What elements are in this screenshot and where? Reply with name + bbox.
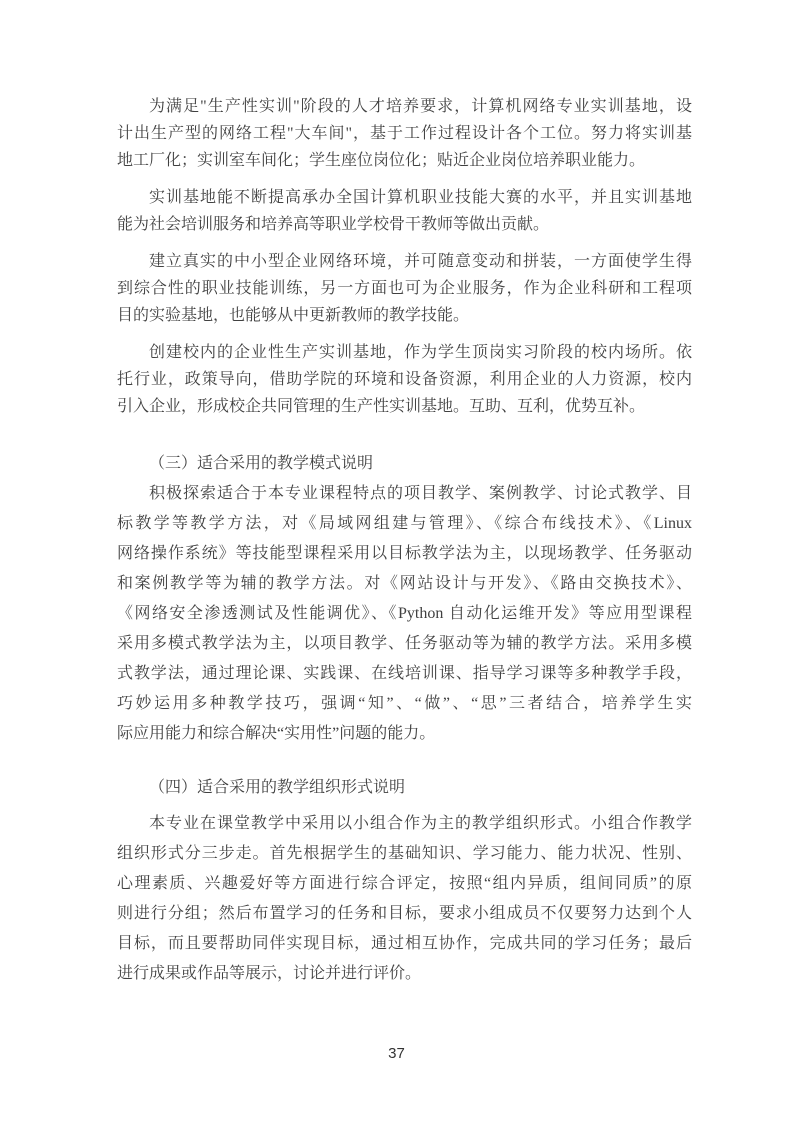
paragraph-competition-and-contribution: 实训基地能不断提高承办全国计算机职业技能大赛的水平，并且实训基地能为社会培训服务… xyxy=(117,184,692,238)
text-line: 引入企业，形成校企共同管理的生产性实训基地。互助、互利，优势互补。 xyxy=(117,393,692,420)
text-line: 积极探索适合于本专业课程特点的项目教学、案例教学、讨论式教学、目 xyxy=(117,479,692,509)
text-line: 到综合性的职业技能训练，另一方面也可为企业服务，作为企业科研和工程项 xyxy=(117,275,692,302)
text-line: 实训基地能不断提高承办全国计算机职业技能大赛的水平，并且实训基地 xyxy=(117,184,692,211)
text-line: 组织形式分三步走。首先根据学生的基础知识、学习能力、能力状况、性别、 xyxy=(117,839,692,869)
text-line: 建立真实的中小型企业网络环境，并可随意变动和拼装，一方面使学生得 xyxy=(117,248,692,275)
text-line: 进行成果或作品等展示，讨论并进行评价。 xyxy=(117,959,692,989)
paragraph-in-campus-production-base: 创建校内的企业性生产实训基地，作为学生顶岗实习阶段的校内场所。依托行业，政策导向… xyxy=(117,339,692,420)
text-line: 为满足"生产性实训"阶段的人才培养要求，计算机网络专业实训基地，设 xyxy=(117,93,692,120)
text-line: 采用多模式教学法为主，以项目教学、任务驱动等为辅的教学方法。采用多模 xyxy=(117,629,692,659)
text-line: 则进行分组；然后布置学习的任务和目标，要求小组成员不仅要努力达到个人 xyxy=(117,899,692,929)
section-heading-teaching-mode: （三）适合采用的教学模式说明 xyxy=(117,449,692,479)
text-line: 创建校内的企业性生产实训基地，作为学生顶岗实习阶段的校内场所。依 xyxy=(117,339,692,366)
paragraph-teaching-mode-description: 积极探索适合于本专业课程特点的项目教学、案例教学、讨论式教学、目标教学等教学方法… xyxy=(117,479,692,749)
heading-text: （三）适合采用的教学模式说明 xyxy=(117,449,692,479)
text-line: 目的实验基地，也能够从中更新教师的教学技能。 xyxy=(117,302,692,329)
text-line: 式教学法，通过理论课、实践课、在线培训课、指导学习课等多种教学手段， xyxy=(117,659,692,689)
page-number: 37 xyxy=(0,1045,793,1062)
text-line: 目标，而且要帮助同伴实现目标，通过相互协作，完成共同的学习任务；最后 xyxy=(117,929,692,959)
page-number-value: 37 xyxy=(388,1045,405,1062)
text-line: 心理素质、兴趣爱好等方面进行综合评定，按照“组内异质，组间同质”的原 xyxy=(117,869,692,899)
paragraph-enterprise-network-environment: 建立真实的中小型企业网络环境，并可随意变动和拼装，一方面使学生得到综合性的职业技… xyxy=(117,248,692,329)
paragraph-teaching-organization-description: 本专业在课堂教学中采用以小组合作为主的教学组织形式。小组合作教学组织形式分三步走… xyxy=(117,809,692,989)
heading-text: （四）适合采用的教学组织形式说明 xyxy=(117,773,692,803)
text-line: 托行业，政策导向，借助学院的环境和设备资源，利用企业的人力资源，校内 xyxy=(117,366,692,393)
text-line: 本专业在课堂教学中采用以小组合作为主的教学组织形式。小组合作教学 xyxy=(117,809,692,839)
text-line: 地工厂化；实训室车间化；学生座位岗位化；贴近企业岗位培养职业能力。 xyxy=(117,147,692,174)
document-page: 为满足"生产性实训"阶段的人才培养要求，计算机网络专业实训基地，设计出生产型的网… xyxy=(0,0,793,1122)
text-line: 际应用能力和综合解决“实用性”问题的能力。 xyxy=(117,719,692,749)
text-line: 计出生产型的网络工程"大车间"，基于工作过程设计各个工位。努力将实训基 xyxy=(117,120,692,147)
text-line: 网络操作系统》等技能型课程采用以目标教学法为主，以现场教学、任务驱动 xyxy=(117,539,692,569)
text-line: 能为社会培训服务和培养高等职业学校骨干教师等做出贡献。 xyxy=(117,211,692,238)
section-heading-teaching-organization: （四）适合采用的教学组织形式说明 xyxy=(117,773,692,803)
text-line: 巧妙运用多种教学技巧，强调“知”、“做”、“思”三者结合，培养学生实 xyxy=(117,689,692,719)
text-line: 标教学等教学方法，对《局域网组建与管理》、《综合布线技术》、《Linux xyxy=(117,509,692,539)
text-line: 和案例教学等为辅的教学方法。对《网站设计与开发》、《路由交换技术》、 xyxy=(117,569,692,599)
page-body: 为满足"生产性实训"阶段的人才培养要求，计算机网络专业实训基地，设计出生产型的网… xyxy=(117,0,692,989)
paragraph-training-base-design: 为满足"生产性实训"阶段的人才培养要求，计算机网络专业实训基地，设计出生产型的网… xyxy=(117,93,692,174)
text-line: 《网络安全渗透测试及性能调优》、《Python 自动化运维开发》等应用型课程 xyxy=(117,599,692,629)
